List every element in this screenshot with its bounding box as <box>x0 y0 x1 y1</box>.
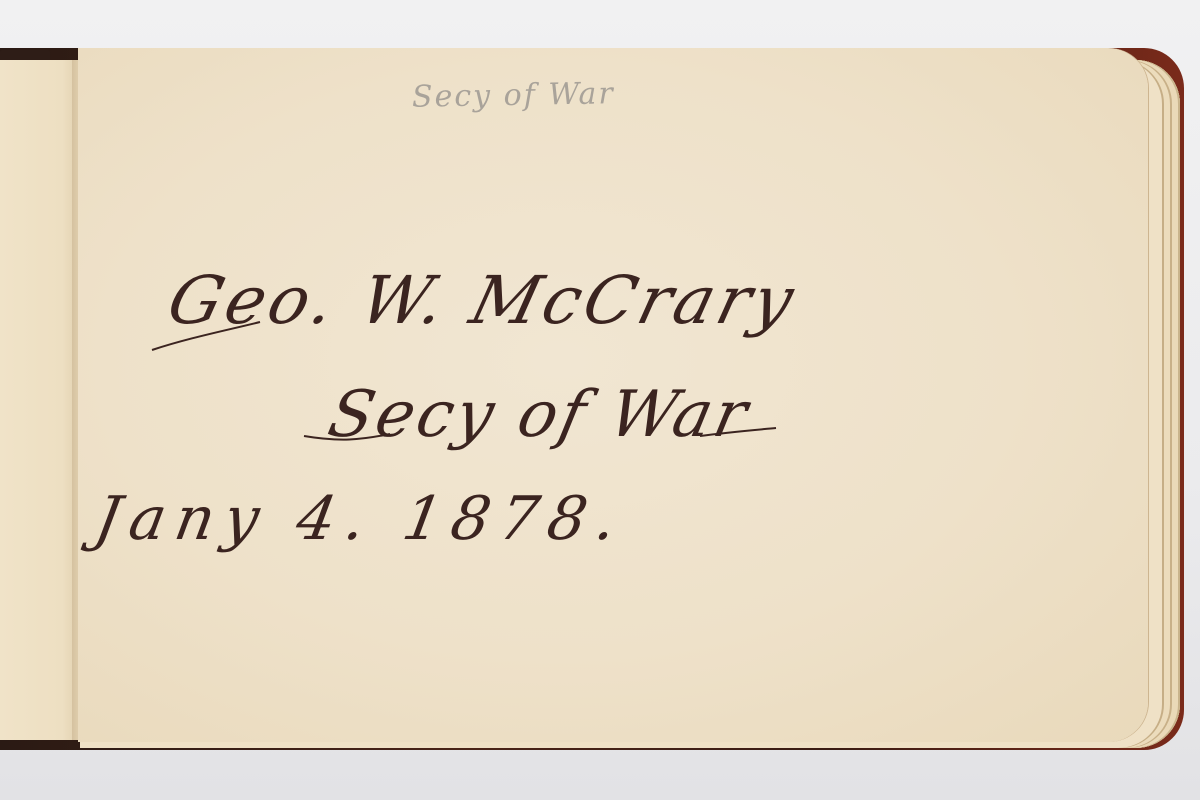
left-page <box>0 60 79 740</box>
photo-scene: Secy of War Geo. W. McCrary Secy of War … <box>0 0 1200 800</box>
signature-title: Secy of War <box>322 378 756 452</box>
signature-name: Geo. W. McCrary <box>160 262 805 339</box>
pencil-annotation: Secy of War <box>412 76 615 115</box>
signature-date: Jany 4. 1878. <box>90 484 632 554</box>
